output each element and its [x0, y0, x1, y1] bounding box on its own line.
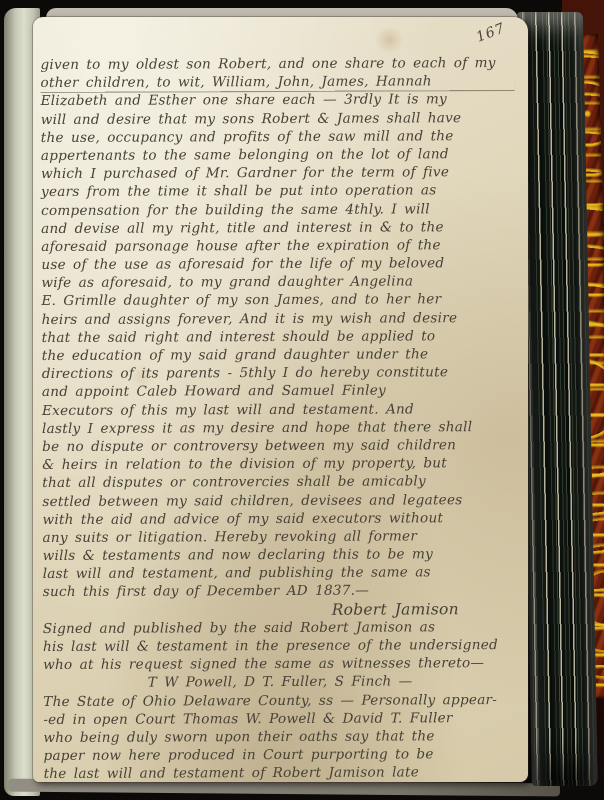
testator-signature: Robert Jamison	[43, 600, 517, 620]
manuscript-line: settled between my said children, devise…	[42, 490, 516, 510]
manuscript-line: and appoint Caleb Howard and Samuel Finl…	[42, 381, 516, 401]
manuscript-line: any suits or litigation. Hereby revoking…	[42, 527, 516, 547]
manuscript-line: and devise all my right, title and inter…	[41, 218, 515, 238]
manuscript-line: be no dispute or controversy between my …	[42, 436, 516, 456]
manuscript-line: directions of its parents - 5thly I do h…	[42, 363, 516, 383]
manuscript-line: who being duly sworn upon their oaths sa…	[43, 727, 517, 747]
manuscript-line: & heirs in relation to the division of m…	[42, 454, 516, 474]
manuscript-line: that all disputes or controvercies shall…	[42, 472, 516, 492]
manuscript-line: other children, to wit, William, John, J…	[40, 72, 514, 92]
manuscript-line: -ed in open Court Thomas W. Powell & Dav…	[43, 709, 517, 729]
manuscript-line: his last will & testament in the presenc…	[43, 636, 517, 656]
manuscript-line: the use, occupancy and profits of the sa…	[41, 127, 515, 147]
manuscript-page: 167 given to my oldest son Robert, and o…	[33, 17, 528, 782]
manuscript-line: heirs and assigns forever, And it is my …	[42, 309, 516, 329]
manuscript-line: will and desire that my sons Robert & Ja…	[41, 109, 515, 129]
manuscript-line: compensation for the building the same 4…	[41, 199, 515, 219]
manuscript-line: that the said right and interest should …	[42, 327, 516, 347]
manuscript-line: The State of Ohio Delaware County, ss — …	[43, 691, 517, 711]
manuscript-line: lastly I express it as my desire and hop…	[42, 418, 516, 438]
manuscript-line: Executors of this my last will and testa…	[42, 400, 516, 420]
witness-signatures: T W Powell, D T. Fuller, S Finch —	[43, 672, 517, 692]
manuscript-line: Elizabeth and Esther one share each — 3r…	[41, 90, 515, 110]
page-number: 167	[474, 20, 507, 46]
manuscript-line: the last will and testament of Robert Ja…	[44, 763, 518, 782]
manuscript-line: wife as aforesaid, to my grand daughter …	[41, 272, 515, 292]
manuscript-line: such this first day of December AD 1837.…	[43, 581, 517, 601]
manuscript-text: given to my oldest son Robert, and one s…	[40, 54, 517, 782]
manuscript-line: which I purchased of Mr. Gardner for the…	[41, 163, 515, 183]
manuscript-line: years from the time it shall be put into…	[41, 181, 515, 201]
manuscript-line: wills & testaments and now declaring thi…	[43, 545, 517, 565]
manuscript-line: with the aid and advice of my said execu…	[42, 509, 516, 529]
manuscript-line: the education of my said grand daughter …	[42, 345, 516, 365]
manuscript-line: E. Grimlle daughter of my son James, and…	[41, 290, 515, 310]
manuscript-line: last will and testament, and publishing …	[43, 563, 517, 583]
manuscript-line: who at his request signed the same as wi…	[43, 654, 517, 674]
manuscript-line: use of the use as aforesaid for the life…	[41, 254, 515, 274]
manuscript-line: given to my oldest son Robert, and one s…	[40, 54, 514, 74]
manuscript-line: appertenants to the same belonging on th…	[41, 145, 515, 165]
manuscript-line: Signed and published by the said Robert …	[43, 618, 517, 638]
manuscript-line: paper now here produced in Court purport…	[43, 745, 517, 765]
manuscript-line: aforesaid parsonage house after the expi…	[41, 236, 515, 256]
